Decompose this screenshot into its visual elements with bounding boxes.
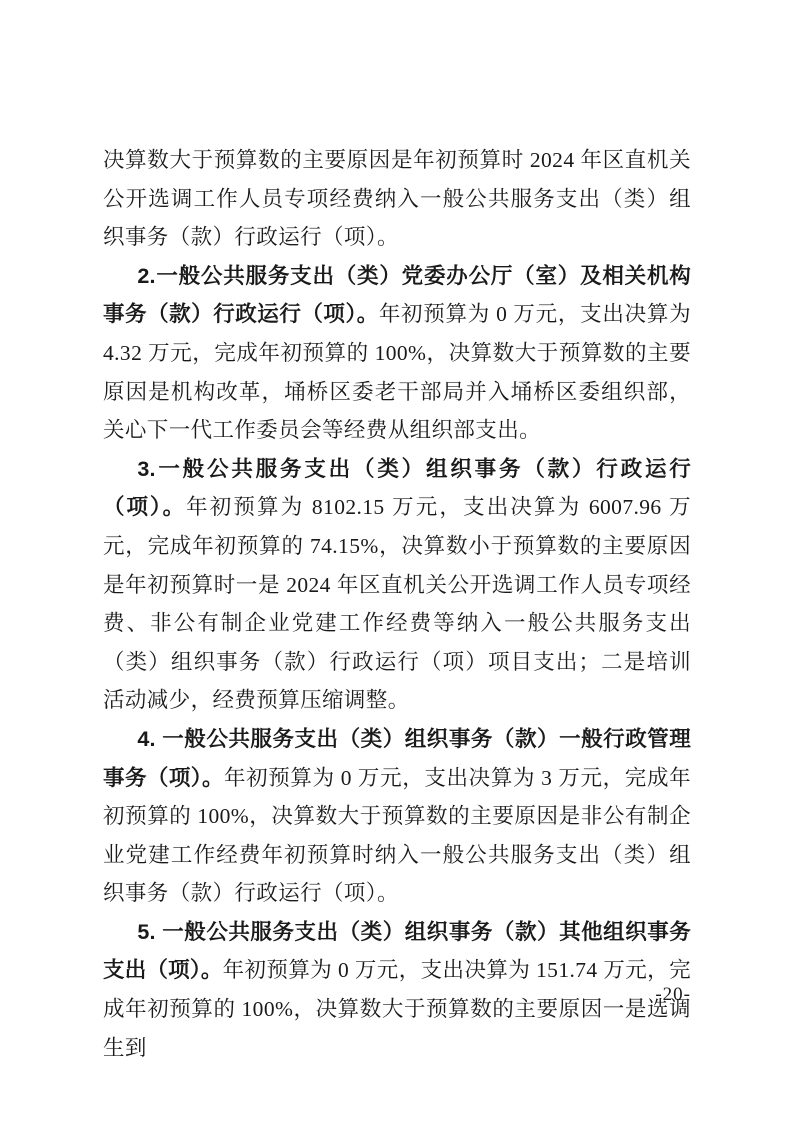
document-page: 决算数大于预算数的主要原因是年初预算时 2024 年区直机关公开选调工作人员专项…	[0, 0, 793, 1122]
paragraph-text: 年初预算为 8102.15 万元，支出决算为 6007.96 万元，完成年初预算…	[103, 495, 691, 712]
paragraph-text: 决算数大于预算数的主要原因是年初预算时 2024 年区直机关公开选调工作人员专项…	[103, 148, 691, 249]
document-body: 决算数大于预算数的主要原因是年初预算时 2024 年区直机关公开选调工作人员专项…	[103, 141, 691, 1067]
paragraph-item-2: 2.一般公共服务支出（类）党委办公厅（室）及相关机构事务（款）行政运行（项）。年…	[103, 257, 691, 450]
page-number: -20-	[103, 984, 691, 1006]
paragraph-continuation: 决算数大于预算数的主要原因是年初预算时 2024 年区直机关公开选调工作人员专项…	[103, 141, 691, 257]
paragraph-item-4: 4. 一般公共服务支出（类）组织事务（款）一般行政管理事务（项）。年初预算为 0…	[103, 720, 691, 913]
paragraph-item-3: 3.一般公共服务支出（类）组织事务（款）行政运行（项）。年初预算为 8102.1…	[103, 450, 691, 720]
